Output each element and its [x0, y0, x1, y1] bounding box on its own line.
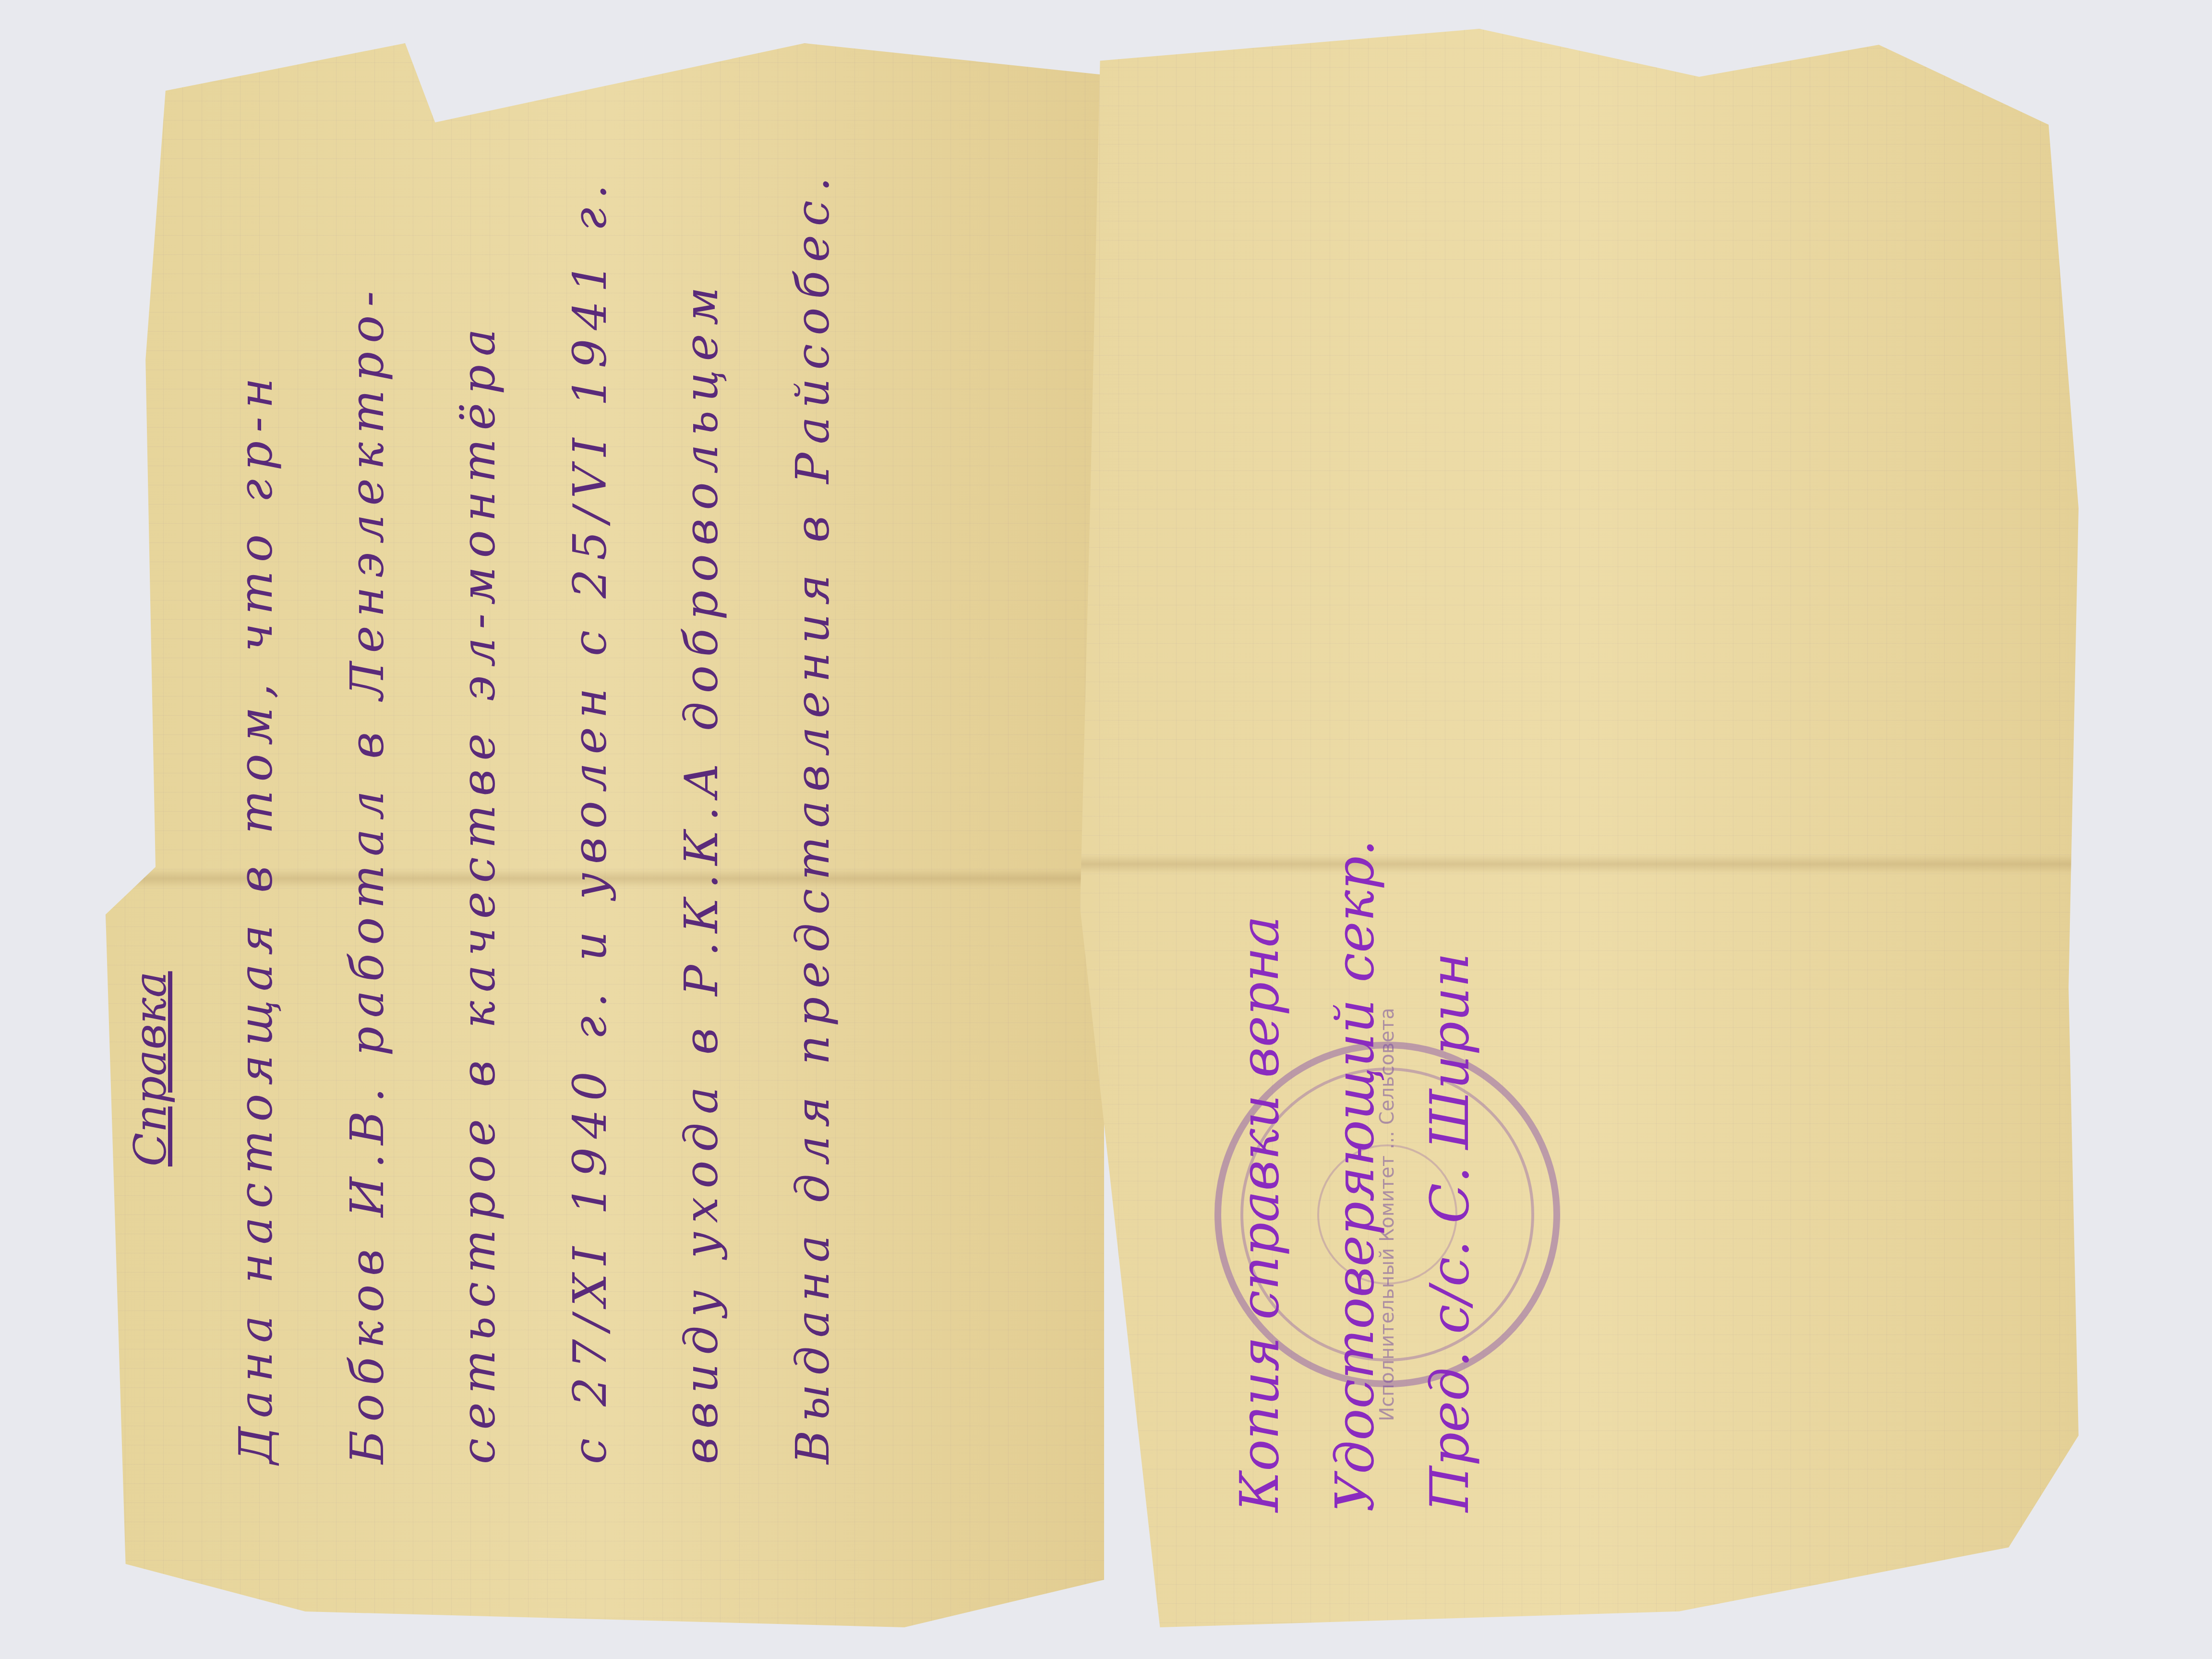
- signature-line: Пред. с/с. С. Ширин: [1419, 120, 1480, 1512]
- body-line: с 27/XI 1940 г. и уволен с 25/VI 1941 г.: [563, 72, 617, 1464]
- certification-line: Копия справки верна: [1229, 120, 1290, 1512]
- body-line: Выдана для представления в Райсобес.: [786, 72, 840, 1464]
- body-line: сетьстрое в качестве эл-монтёра: [452, 72, 505, 1464]
- body-line: ввиду ухода в Р.К.К.А добровольцем: [674, 72, 728, 1464]
- certification-block: Копия справки верна Удостоверяющий секр.…: [1229, 120, 1514, 1512]
- body-line: Бобков И.В. работал в Ленэлектро-: [340, 72, 394, 1464]
- certification-line: Удостоверяющий секр.: [1324, 120, 1385, 1512]
- document-title: Справка: [125, 72, 176, 1166]
- body-line: Дана настоящая в том, что гр-н: [229, 72, 283, 1464]
- certificate-body: Справка Дана настоящая в том, что гр-н Б…: [125, 72, 1181, 1464]
